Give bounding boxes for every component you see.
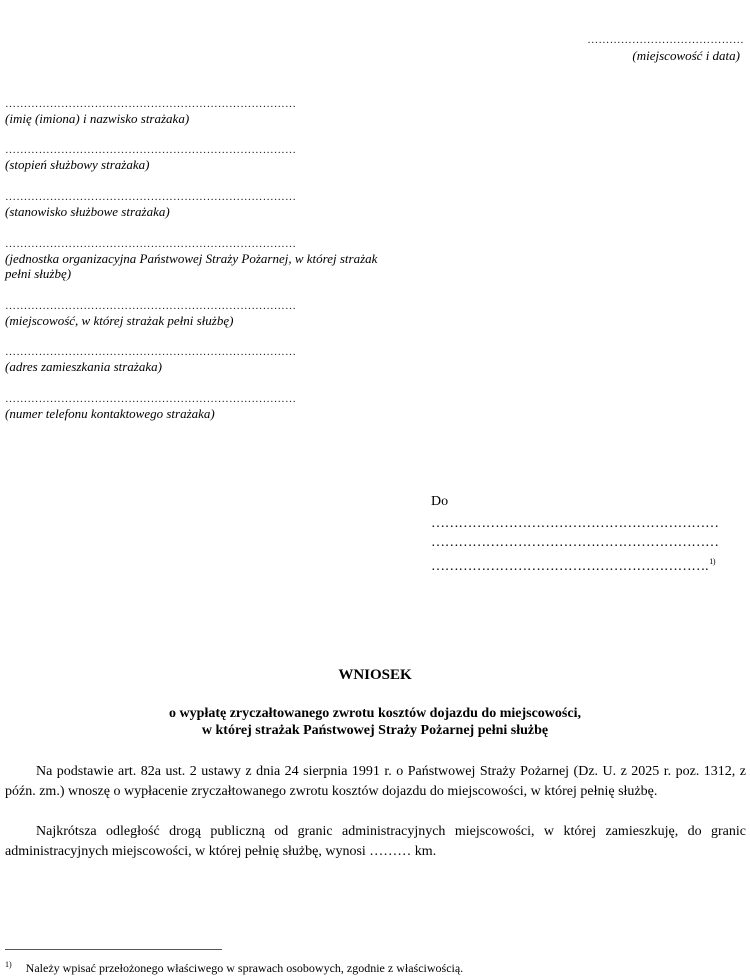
- position-label: (stanowisko służbowe strażaka): [5, 204, 397, 219]
- home-address-fill-line[interactable]: ……………………………………………………………………: [5, 346, 397, 358]
- footnote-marker: 1): [5, 960, 12, 969]
- document-title: WNIOSEK: [0, 667, 750, 684]
- field-home-address: …………………………………………………………………… (adres zamies…: [5, 346, 397, 374]
- footnote-text: Należy wpisać przełożonego właściwego w …: [26, 961, 464, 975]
- addressee-fill-line-1[interactable]: ………………………………………………………: [431, 514, 749, 533]
- unit-fill-line[interactable]: ……………………………………………………………………: [5, 238, 397, 250]
- unit-label: (jednostka organizacyjna Państwowej Stra…: [5, 251, 397, 281]
- home-address-label: (adres zamieszkania strażaka): [5, 359, 397, 374]
- name-label: (imię (imiona) i nazwisko strażaka): [5, 111, 397, 126]
- subtitle-line-2: w której strażak Państwowej Straży Pożar…: [0, 722, 750, 739]
- field-name: …………………………………………………………………… (imię (imiona…: [5, 98, 397, 126]
- addressee-block: Do ……………………………………………………… …………………………………………: [431, 494, 749, 576]
- service-location-fill-line[interactable]: ……………………………………………………………………: [5, 300, 397, 312]
- paragraph-distance: Najkrótsza odległość drogą publiczną od …: [5, 822, 746, 862]
- field-phone: …………………………………………………………………… (numer telefo…: [5, 393, 397, 421]
- footnote: 1)Należy wpisać przełożonego właściwego …: [5, 958, 463, 975]
- place-date-label: (miejscowość i data): [524, 48, 744, 63]
- service-location-label: (miejscowość, w której strażak pełni słu…: [5, 313, 397, 328]
- place-date-fill-line[interactable]: ……………………………………: [524, 34, 744, 46]
- addressee-label: Do: [431, 494, 749, 510]
- rank-label: (stopień służbowy strażaka): [5, 157, 397, 172]
- addressee-fill-line-3[interactable]: …………………………………………………….1): [431, 552, 749, 576]
- field-unit: …………………………………………………………………… (jednostka or…: [5, 238, 397, 281]
- addressee-fill-line-2[interactable]: ………………………………………………………: [431, 533, 749, 552]
- footnote-separator: [5, 949, 222, 950]
- field-position: …………………………………………………………………… (stanowisko s…: [5, 191, 397, 219]
- subtitle-line-1: o wypłatę zryczałtowanego zwrotu kosztów…: [0, 705, 750, 722]
- field-service-location: …………………………………………………………………… (miejscowość,…: [5, 300, 397, 328]
- name-fill-line[interactable]: ……………………………………………………………………: [5, 98, 397, 110]
- position-fill-line[interactable]: ……………………………………………………………………: [5, 191, 397, 203]
- phone-fill-line[interactable]: ……………………………………………………………………: [5, 393, 397, 405]
- document-subtitle: o wypłatę zryczałtowanego zwrotu kosztów…: [0, 705, 750, 739]
- footnote-reference: 1): [709, 557, 715, 566]
- field-rank: …………………………………………………………………… (stopień służ…: [5, 144, 397, 172]
- phone-label: (numer telefonu kontaktowego strażaka): [5, 406, 397, 421]
- paragraph-legal-basis: Na podstawie art. 82a ust. 2 ustawy z dn…: [5, 762, 746, 802]
- addressee-fill-line-3-text: …………………………………………………….: [431, 559, 708, 574]
- rank-fill-line[interactable]: ……………………………………………………………………: [5, 144, 397, 156]
- place-date-block: …………………………………… (miejscowość i data): [524, 34, 744, 63]
